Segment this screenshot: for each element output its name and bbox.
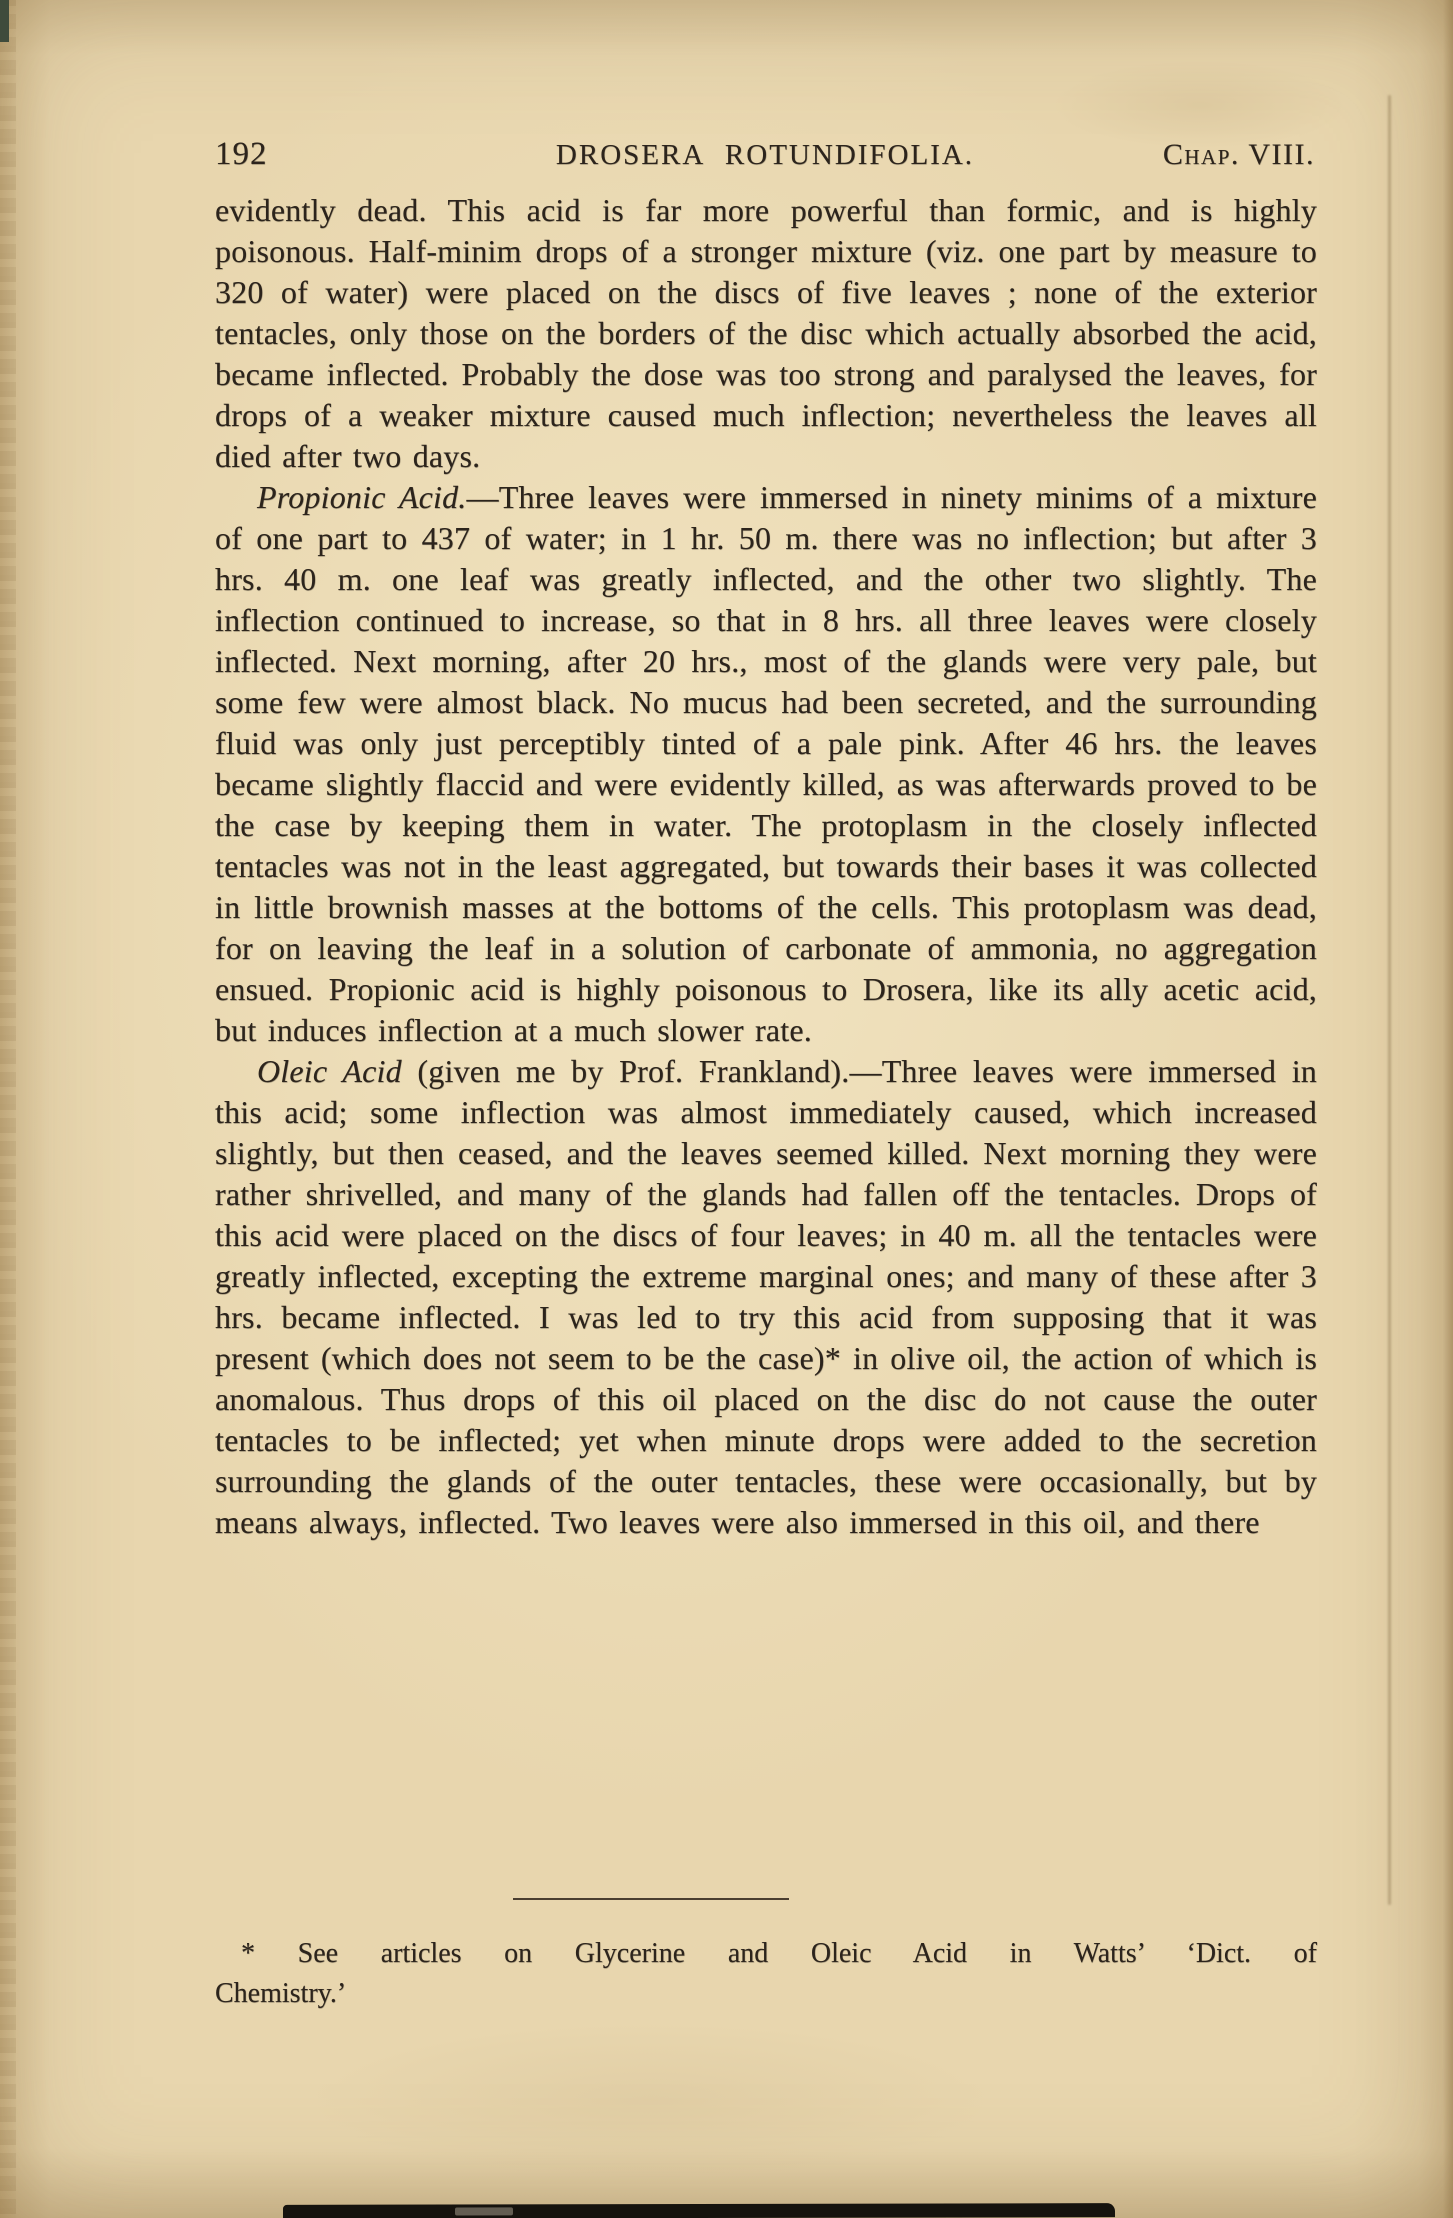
running-head: 192 DROSERA ROTUNDIFOLIA. Chap. VIII. (215, 136, 1315, 178)
body-text: evidently dead. This acid is far more po… (215, 190, 1317, 1890)
scan-right-edge-shade (1443, 0, 1453, 2218)
paragraph-text: (given me by Prof. Frankland).—Three lea… (215, 1053, 1317, 1540)
paragraph-text: evidently dead. This acid is far more po… (215, 192, 1317, 474)
footnote-line: * See articles on Glycerine and Oleic Ac… (215, 1934, 1317, 1974)
footnote-line: Chemistry.’ (215, 1974, 1317, 2014)
scan-corner-mark (0, 0, 9, 42)
paragraph-lead-italic: Oleic Acid (257, 1053, 402, 1089)
footnote: * See articles on Glycerine and Oleic Ac… (215, 1934, 1317, 2014)
paragraph-lead-italic: Propionic Acid. (257, 479, 467, 515)
book-page-scan: 192 DROSERA ROTUNDIFOLIA. Chap. VIII. ev… (0, 0, 1453, 2218)
paragraph-formic-acid-continuation: evidently dead. This acid is far more po… (215, 190, 1317, 477)
paragraph-text: —Three leaves were immersed in ninety mi… (215, 479, 1317, 1048)
scan-left-edge-texture (0, 0, 16, 2218)
chapter-label: Chap. VIII. (1163, 138, 1315, 172)
scan-stain (300, 2020, 1000, 2180)
scan-bottom-bar-notch (455, 2207, 513, 2215)
paragraph-oleic-acid: Oleic Acid (given me by Prof. Frankland)… (215, 1051, 1317, 1543)
scan-bottom-black-bar (283, 2203, 1115, 2218)
footnote-separator-rule (513, 1898, 789, 1900)
running-title: DROSERA ROTUNDIFOLIA. (215, 139, 1315, 172)
paragraph-propionic-acid: Propionic Acid.—Three leaves were immers… (215, 477, 1317, 1051)
scan-page-curve-shadow (1388, 95, 1391, 1905)
